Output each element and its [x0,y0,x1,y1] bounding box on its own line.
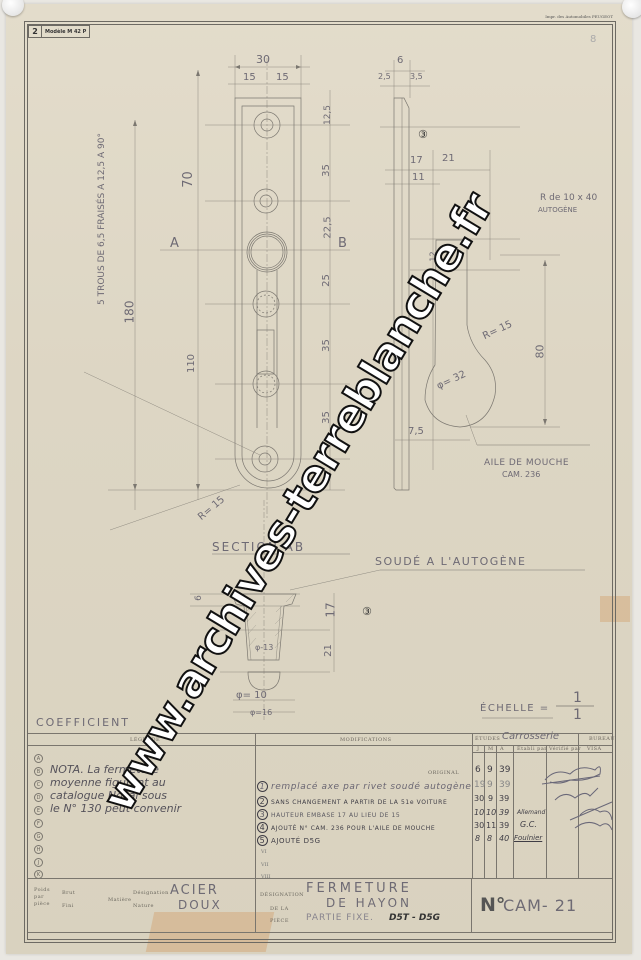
dim-thk-right: 3,5 [410,72,423,81]
col-etabli: Établi par [517,746,547,752]
date-row-3-j: 10 [474,808,484,817]
nature-label: Nature [133,903,154,909]
col-a: A [500,746,504,752]
piece-label-2: DE LA [270,906,289,912]
piece-variant: D5T - D5G [389,913,440,923]
material-nature: DOUX [178,898,222,912]
date-row-1-m: 9 [487,780,493,790]
weld-note-line1: R de 10 x 40 [540,193,597,203]
mod-num-2: 2 [257,796,268,807]
piece-label-1: DÉSIGNATION [260,892,304,898]
mod-etudes-divider [472,733,473,878]
legend-letter-e: E [34,806,43,815]
mod-roman-viii: VIII [261,874,271,880]
piece-label-3: PIÈCE [270,918,289,924]
mod-num-5: 5 [257,835,268,846]
col-div [513,746,514,878]
legend-letter-d: D [34,793,43,802]
wing-height: 80 [534,345,547,359]
legend-letter-f: F [34,819,43,828]
visa-header-top: BUREAU [589,736,615,742]
brut-label: Brut [62,890,75,896]
section-dim-17: 17 [324,602,338,617]
modification-row-3: 3HAUTEUR EMBASE 17 AU LIEU DE 15 [257,809,400,820]
date-row-4-a: 39 [499,821,509,830]
item-ref-section: ③ [362,605,372,618]
footer-divider-1 [255,878,256,932]
etudes-dept: Carrosserie [502,731,559,742]
col-visa: VISA [587,746,602,752]
col-verifie: Vérifié par [549,746,581,752]
legend-letter-c: C [34,780,43,789]
section-dim-flange: 6 [194,595,204,601]
modification-row-4: 4AJOUTÉ N° CAM. 236 POUR L'AILE DE MOUCH… [257,822,435,833]
piece-name-1: FERMETURE [306,881,412,896]
legend-letter-g: G [34,832,43,841]
section-dim-tip: φ= 10 [236,690,267,701]
designation-label: Désignation [133,890,169,896]
dim-width-half-left: 15 [243,72,256,83]
dim-pitch-5: 35 [321,339,332,352]
section-dim-21: 21 [323,644,334,657]
weld-note-line2: AUTOGÈNE [538,206,577,214]
date-row-0-m: 9 [487,765,493,775]
dim-height-total: 180 [122,301,136,324]
date-row-5-a: 40 [499,834,509,843]
dim-thk-left: 2,5 [378,72,391,81]
mod-num-3: 3 [257,809,268,820]
wing-ref: CAM. 236 [502,470,540,479]
dim-pitch-4: 25 [321,274,332,287]
date-row-3-m: 10 [486,808,496,817]
mod-roman-vii: VII [261,862,269,868]
date-row-0-a: 39 [499,765,510,775]
wing-label: AILE DE MOUCHE [484,458,569,468]
modifications-header: MODIFICATIONS [340,737,392,743]
scale-denominator: 1 [573,707,582,723]
part-number-label: N° [480,894,505,916]
dim-17: 17 [410,155,423,166]
legend-letter-k: K [34,870,43,879]
date-row-1-a: 39 [499,780,510,790]
legend-letter-b: B [34,767,43,776]
dim-width-total: 30 [256,53,270,66]
footer-bottom-line [28,932,612,933]
footer-top-line [28,878,612,879]
mod-roman-vi: VI [261,849,267,855]
matiere-label: Matière [108,897,132,903]
date-row-4-m: 11 [486,821,496,830]
legend-mod-divider [255,733,256,878]
material-designation: ACIER [170,883,219,898]
footer-divider-2 [471,878,472,932]
dim-pitch-1: 12,5 [323,105,333,125]
section-dim-outer: φ=16 [250,708,272,717]
item-ref-side: ③ [418,128,428,141]
fini-label: Fini [62,903,74,909]
part-number: CAM- 21 [503,896,577,915]
date-row-3-a: 39 [499,808,509,817]
date-row-0-j: 6 [475,765,481,775]
etudes-subheader-line [472,752,612,753]
visa-signatures [540,760,615,840]
scale-numerator: 1 [573,690,582,706]
section-mark-a: A [170,236,179,251]
modification-row-5: 5AJOUTÉ D5G [257,835,321,846]
dim-width-half-right: 15 [276,72,289,83]
etudes-header: ÉTUDES [475,736,500,742]
poids-label: Poids par pièce [34,887,54,908]
dim-21: 21 [442,153,455,164]
modification-row-1: 1remplacé axe par rivet soudé autogène [257,781,472,792]
piece-name-2: DE HAYON [326,896,412,910]
date-row-2-a: 39 [499,794,509,803]
scale-label: ÉCHELLE = [480,703,550,714]
date-row-2-m: 9 [488,794,493,803]
dim-pitch-2: 35 [321,164,332,177]
dim-pitch-3: 22,5 [323,216,334,238]
date-row-5-m: 8 [487,834,492,843]
mod-num-4: 4 [257,822,268,833]
section-dim-bore: φ-13 [255,643,273,652]
coefficient-label: COEFFICIENT [36,716,130,729]
section-weld-note: SOUDÉ A L'AUTOGÈNE [375,555,526,568]
dim-height-bottom: 110 [186,354,197,373]
date-row-1-j: 19 [474,780,485,790]
legend-letter-h: H [34,845,43,854]
dim-thickness: 6 [397,55,403,66]
hole-note: 5 TROUS DE 6,5 FRAISÉS A 12,5 A 90° [97,109,107,329]
date-row-4-by: G.C. [520,820,537,829]
date-row-5-j: 8 [475,834,480,843]
legend-letter-a: A [34,754,43,763]
date-row-2-j: 30 [474,794,484,803]
dim-7-5: 7,5 [408,426,424,437]
date-row-4-j: 30 [474,821,484,830]
legend-letter-j: J [34,858,43,867]
dim-height-top: 70 [181,171,196,188]
modification-row-2: 2SANS CHANGEMENT A PARTIR DE LA 51e VOIT… [257,796,447,807]
piece-name-3: PARTIE FIXE. [306,913,374,923]
section-mark-b: B [338,236,347,251]
mod-num-1: 1 [257,781,268,792]
col-m: M [488,746,494,752]
date-row-5-by: Foulnier [514,834,542,842]
dim-11: 11 [412,172,425,183]
original-label: ORIGINAL [428,770,459,776]
col-j: J [477,746,480,752]
